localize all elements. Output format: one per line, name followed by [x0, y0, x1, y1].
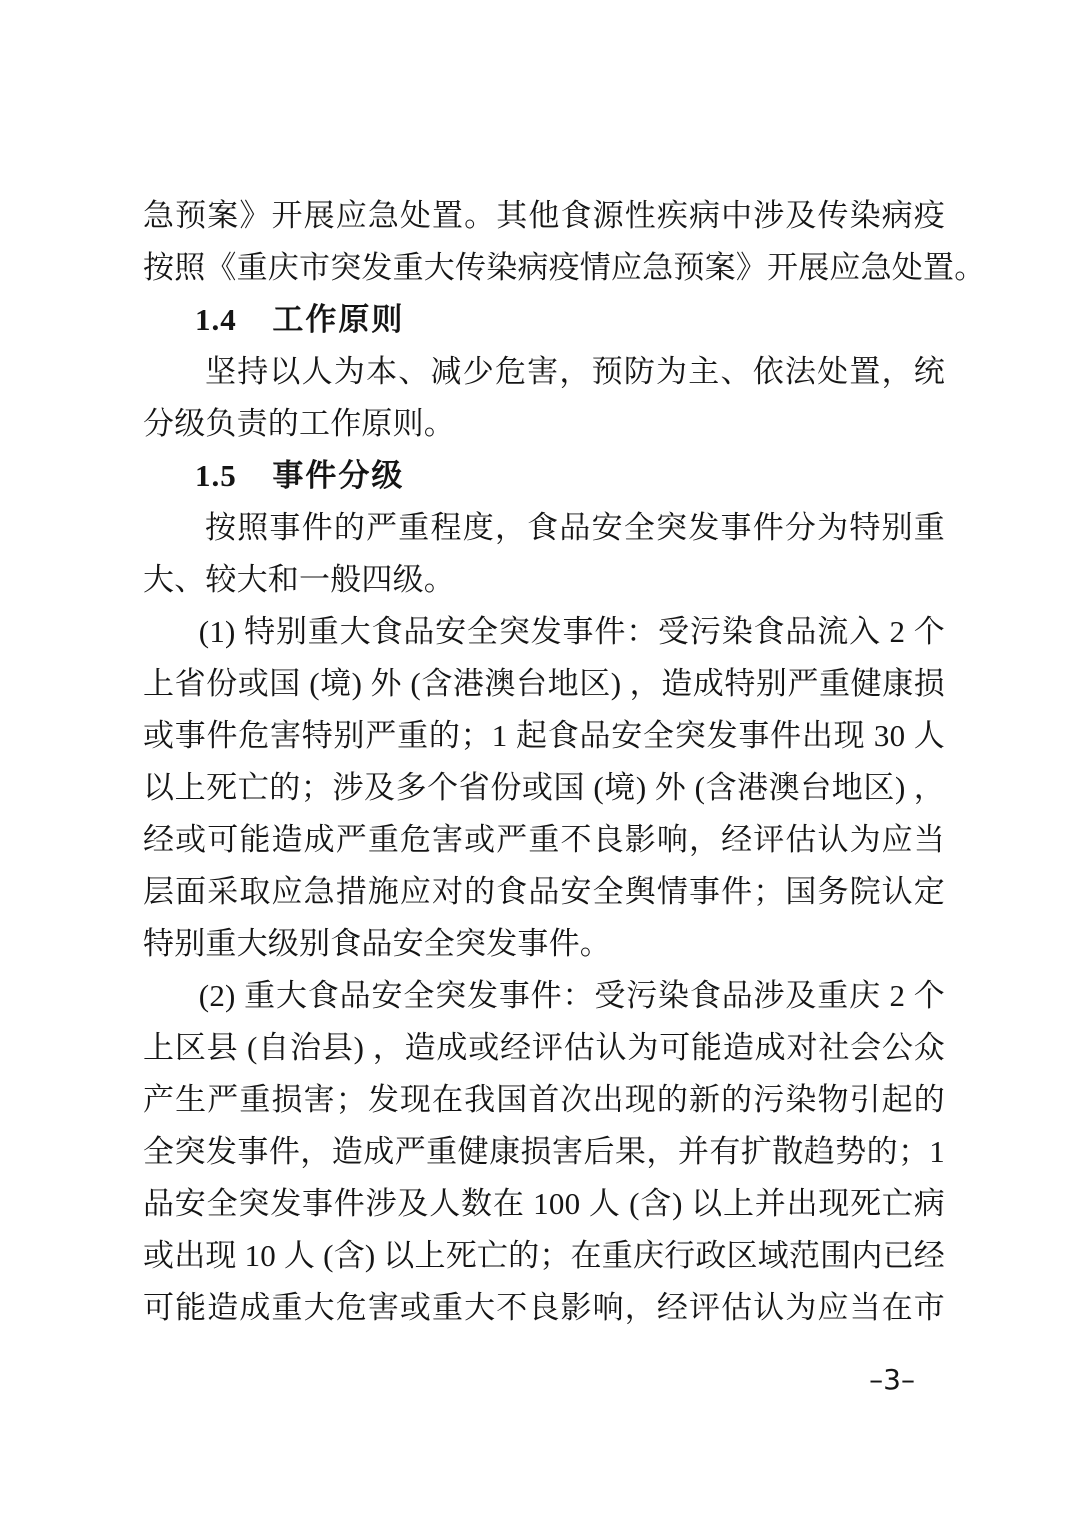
doc-line: 或出现 10 人 (含) 以上死亡的；在重庆行政区域范围内已经或 — [143, 1230, 945, 1282]
doc-line: 产生严重损害；发现在我国首次出现的新的污染物引起的食品安 — [143, 1074, 945, 1126]
doc-line: 上区县 (自治县) ，造成或经评估认为可能造成对社会公众健康 — [143, 1022, 945, 1074]
heading-title: 工作原则 — [272, 302, 404, 337]
document-text-block: 急预案》开展应急处置。其他食源性疾病中涉及传染病疫情的， 按照《重庆市突发重大传… — [143, 190, 945, 1334]
heading-title: 事件分级 — [272, 458, 404, 493]
doc-line: 坚持以人为本、减少危害，预防为主、依法处置，统一领导、 — [143, 346, 945, 398]
heading-number: 1.5 — [195, 458, 237, 493]
page-number: –3– — [143, 1356, 945, 1404]
doc-line: 层面采取应急措施应对的食品安全舆情事件；国务院认定的其他 — [143, 866, 945, 918]
doc-line: 大、较大和一般四级。 — [143, 554, 945, 606]
doc-line: 特别重大级别食品安全突发事件。 — [143, 918, 945, 970]
doc-line: 按照《重庆市突发重大传染病疫情应急预案》开展应急处置。 — [143, 242, 945, 294]
doc-line: (2) 重大食品安全突发事件：受污染食品涉及重庆 2 个以 — [143, 970, 945, 1022]
doc-line: 以上死亡的；涉及多个省份或国 (境) 外 (含港澳台地区) ，已 — [143, 762, 945, 814]
doc-line: 或事件危害特别严重的；1 起食品安全突发事件出现 30 人 (含) — [143, 710, 945, 762]
doc-line: 急预案》开展应急处置。其他食源性疾病中涉及传染病疫情的， — [143, 190, 945, 242]
doc-line: 上省份或国 (境) 外 (含港澳台地区) ，造成特别严重健康损害 — [143, 658, 945, 710]
heading-number: 1.4 — [195, 302, 237, 337]
doc-line: 经或可能造成严重危害或严重不良影响，经评估认为应当在国家 — [143, 814, 945, 866]
heading-1-4: 1.4工作原则 — [143, 294, 945, 346]
doc-line: 可能造成重大危害或重大不良影响，经评估认为应当在市级层面 — [143, 1282, 945, 1334]
doc-line: 品安全突发事件涉及人数在 100 人 (含) 以上并出现死亡病例， — [143, 1178, 945, 1230]
heading-1-5: 1.5事件分级 — [143, 450, 945, 502]
doc-line: 分级负责的工作原则。 — [143, 398, 945, 450]
doc-line: 全突发事件，造成严重健康损害后果，并有扩散趋势的；1 起食 — [143, 1126, 945, 1178]
doc-line: (1) 特别重大食品安全突发事件：受污染食品流入 2 个以 — [143, 606, 945, 658]
document-page: 急预案》开展应急处置。其他食源性疾病中涉及传染病疫情的， 按照《重庆市突发重大传… — [0, 0, 1074, 1520]
doc-line: 按照事件的严重程度，食品安全突发事件分为特别重大、重 — [143, 502, 945, 554]
